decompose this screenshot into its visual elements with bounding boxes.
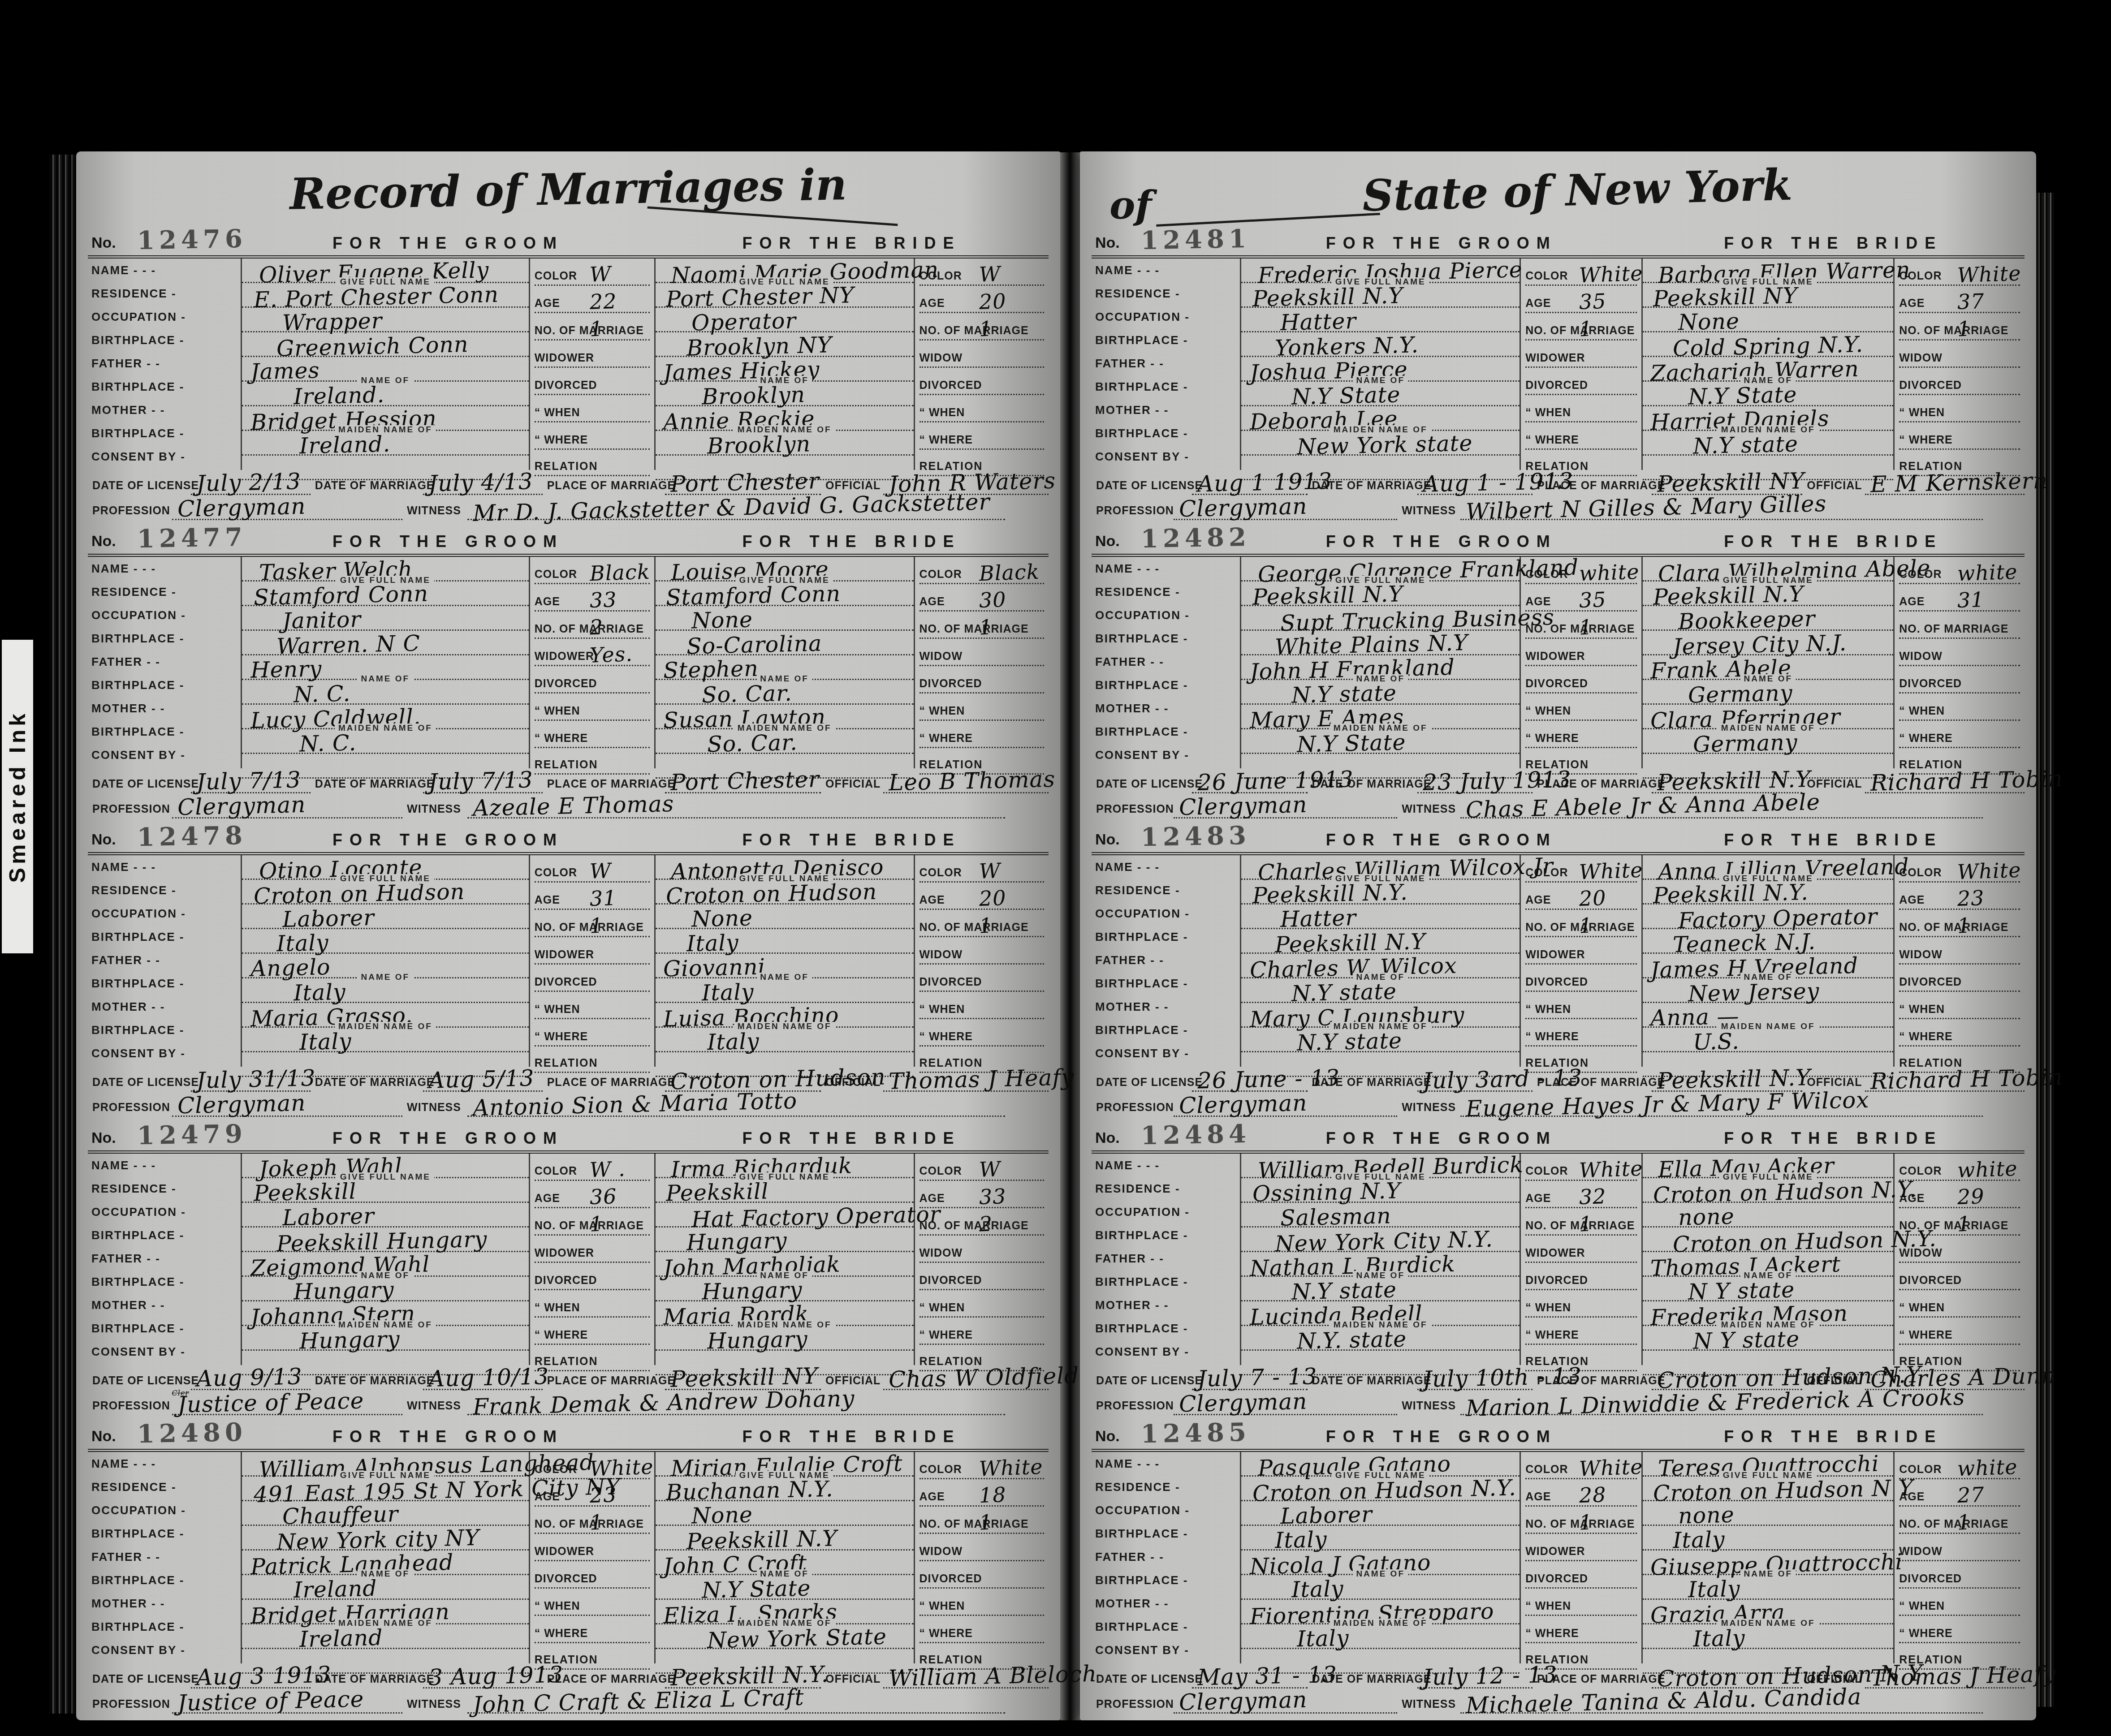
record-no-label: No. [1095, 1428, 1120, 1445]
field-label-birthplace: BIRTHPLACE - [1092, 925, 1240, 948]
groom-written-fields: Frederic Joshua PierceGIVE FULL NAMEPeek… [1240, 258, 1521, 470]
footer-dates-row: DATE OF LICENSE26 June - 13DATE OF MARRI… [1092, 1067, 2025, 1092]
groom-age-label: AGE [535, 894, 560, 907]
footer-profession-row: PROFESSIONClergymanWITNESSEugene Hayes J… [1092, 1092, 2025, 1117]
groom-when-stat-row: “ WHEN [535, 992, 650, 1019]
groom-color-stat-value: W [589, 262, 612, 287]
groom-divorced-stat-row: DIVORCED [1525, 666, 1637, 694]
field-label-residence: RESIDENCE - [1092, 1475, 1240, 1499]
bride-give_full_name-caption: GIVE FULL NAME [736, 1471, 833, 1481]
groom-widowed-label: WIDOWER [535, 352, 594, 365]
groom-father-row: JamesNAME OF [242, 357, 529, 382]
marriage-record: No.12481FOR THE GROOMFOR THE BRIDENAME -… [1092, 227, 2025, 522]
groom-stats-column: COLORWAGE31NO. OF MARRIAGE1WIDOWERDIVORC… [530, 855, 654, 1067]
bride-no_of_marriage-stat-row: NO. OF MARRIAGE1 [1899, 313, 2020, 340]
bride-name_of-caption: NAME OF [756, 1569, 812, 1579]
bride-divorced-stat-row: DIVORCED [920, 965, 1044, 992]
bride-age-stat-row: AGE18 [920, 1479, 1044, 1507]
groom-occupation-row: Supt Trucking Business [1241, 606, 1520, 631]
profession-value-text: Clergyman [177, 493, 306, 522]
register-title-left: Record of Marriages in [289, 159, 847, 220]
groom-father_birthplace-value: Ireland. [294, 382, 385, 410]
date-of-marriage-value: July 12 - 13 [1417, 1662, 1533, 1689]
bride-age-stat-row: AGE37 [1899, 286, 2020, 313]
record-number-stamp: 12480 [137, 1417, 247, 1449]
groom-age-label: AGE [535, 297, 560, 310]
field-label-mother_birthplace: BIRTHPLACE - [88, 1615, 241, 1638]
date-of-marriage-value: July 4/13 [423, 469, 542, 495]
date-of-marriage-value-text: 23 July 1913 [1422, 766, 1571, 795]
bride-when-stat-row: “ WHEN [1899, 395, 2020, 422]
footer-dates-row: DATE OF LICENSEJuly 31/13DATE OF MARRIAG… [88, 1067, 1049, 1092]
groom-name_of-caption: NAME OF [358, 376, 414, 386]
for-the-groom-heading: FOR THE GROOM [1241, 831, 1642, 849]
groom-maiden_name_of-caption: MAIDEN NAME OF [335, 724, 436, 733]
marriage-record: No.12480FOR THE GROOMFOR THE BRIDENAME -… [88, 1420, 1049, 1716]
official-value: Leo B Thomas [883, 767, 1049, 793]
field-label-birthplace: BIRTHPLACE - [88, 925, 241, 948]
bride-name_of-caption: NAME OF [756, 973, 812, 982]
bride-written-fields: Mirian Eulalie CroftGIVE FULL NAMEBuchan… [654, 1452, 915, 1663]
date-of-marriage-value-text: July 3ard - 13 [1422, 1064, 1582, 1094]
date-of-marriage-value-text: Aug 10/13 [428, 1363, 550, 1392]
bride-widowed-label: WIDOW [920, 1247, 963, 1260]
date-of-marriage-value-text: July 12 - 13 [1422, 1662, 1558, 1691]
groom-age-stat-row: AGE31 [535, 883, 650, 910]
marriage-record: No.12476FOR THE GROOMFOR THE BRIDENAME -… [88, 227, 1049, 522]
bride-name_of-caption: NAME OF [1740, 973, 1796, 982]
bride-father-row: Zachariah WarrenNAME OF [1643, 357, 1893, 382]
groom-age-stat-value: 22 [589, 289, 617, 314]
witness-value: Frank Demak & Andrew Dohany [467, 1389, 1006, 1415]
field-label-name: NAME - - - [88, 1154, 241, 1177]
profession-label: PROFESSION [1092, 1698, 1174, 1714]
bride-written-fields: Barbara Ellen WarrenGIVE FULL NAMEPeeksk… [1641, 258, 1895, 470]
groom-mother-row: Lucy Caldwell.MAIDEN NAME OF [242, 705, 529, 729]
field-label-consent_by: CONSENT BY - [88, 445, 241, 468]
bride-divorced-stat-row: DIVORCED [920, 666, 1044, 694]
bride-occupation-row: Hat Factory Operator [656, 1203, 914, 1228]
marriage-record: No.12479FOR THE GROOMFOR THE BRIDENAME -… [88, 1122, 1049, 1417]
groom-where-stat-row: “ WHERE [1525, 1616, 1637, 1643]
bride-no_of_marriage-stat-value: 1 [979, 913, 993, 938]
groom-name-row: Tasker WelchGIVE FULL NAME [242, 557, 529, 582]
groom-divorced-stat-row: DIVORCED [535, 666, 650, 694]
groom-stats-column: COLORWAGE22NO. OF MARRIAGE1WIDOWERDIVORC… [530, 258, 654, 470]
groom-when-stat-row: “ WHEN [535, 1589, 650, 1616]
bride-occupation-value: Factory Operator [1678, 904, 1878, 934]
place-of-marriage-value: Port Chester [665, 469, 821, 495]
groom-name-row: Jokeph WahlGIVE FULL NAME [242, 1154, 529, 1178]
record-no-label: No. [91, 1129, 116, 1147]
groom-age-stat-row: AGE28 [1525, 1479, 1637, 1507]
bride-mother_birthplace-value: Italy [1692, 1625, 1745, 1652]
bride-color-stat-value: W [979, 1157, 1001, 1182]
bride-widowed-stat-row: WIDOW [1899, 937, 2020, 965]
groom-when-label: “ WHEN [535, 1003, 580, 1016]
record-footer: DATE OF LICENSEJuly 31/13DATE OF MARRIAG… [88, 1067, 1049, 1120]
date-of-license-value: Aug 9/13 [191, 1364, 310, 1390]
field-label-name: NAME - - - [88, 1452, 241, 1475]
bride-give_full_name-caption: GIVE FULL NAME [1719, 277, 1817, 287]
bride-birthplace-value: So-Carolina [686, 631, 822, 659]
date-of-license-label: DATE OF LICENSE [1092, 1374, 1192, 1390]
groom-written-fields: Tasker WelchGIVE FULL NAMEStamford ConnJ… [241, 557, 530, 768]
bride-birthplace-row: Croton on Hudson N.Y. [1643, 1228, 1893, 1252]
groom-no_of_marriage-stat-value: 1 [589, 316, 604, 341]
groom-where-stat-row: “ WHERE [535, 1616, 650, 1643]
groom-color-stat-row: COLORWhite [1525, 258, 1637, 286]
bride-color-stat-row: COLORWhite [920, 1452, 1044, 1479]
groom-where-stat-row: “ WHERE [1525, 422, 1637, 450]
date-of-license-value: July 2/13 [191, 469, 310, 495]
groom-widowed-stat-value: Yes. [589, 642, 633, 667]
bride-no_of_marriage-label: NO. OF MARRIAGE [1899, 623, 2008, 636]
groom-father-row: John H FranklandNAME OF [1241, 655, 1520, 680]
place-of-marriage-label: PLACE OF MARRIAGE [543, 1076, 665, 1092]
field-label-father_birthplace: BIRTHPLACE - [88, 1568, 241, 1592]
groom-name_of-caption: NAME OF [1352, 1569, 1408, 1579]
bride-father_birthplace-value: Hungary [702, 1277, 803, 1305]
field-label-father_birthplace: BIRTHPLACE - [88, 375, 241, 398]
groom-widowed-label: WIDOWER [1525, 650, 1585, 663]
bride-divorced-label: DIVORCED [1899, 1274, 1962, 1287]
record-body: NAME - - -RESIDENCE -OCCUPATION -BIRTHPL… [88, 1154, 1049, 1365]
record-no-label: No. [1095, 1129, 1120, 1147]
bride-no_of_marriage-stat-value: 1 [1957, 1510, 1971, 1534]
bride-father_birthplace-value: So. Car. [702, 681, 793, 708]
groom-color-stat-row: COLORW [535, 258, 650, 286]
groom-mother-row: Johanna SternMAIDEN NAME OF [242, 1301, 529, 1326]
field-label-consent_by: CONSENT BY - [88, 1340, 241, 1363]
bride-occupation-row: None [1643, 308, 1893, 332]
groom-occupation-row: Laborer [242, 905, 529, 929]
bride-occupation-row: Operator [656, 308, 914, 332]
groom-age-stat-row: AGE20 [1525, 883, 1637, 910]
groom-mother-row: Mary C LounsburyMAIDEN NAME OF [1241, 1003, 1520, 1028]
bride-color-label: COLOR [920, 1463, 962, 1476]
field-label-birthplace: BIRTHPLACE - [1092, 328, 1240, 352]
witness-value-text: Frank Demak & Andrew Dohany [472, 1385, 855, 1420]
record-footer: DATE OF LICENSEAug 1 1913DATE OF MARRIAG… [1092, 470, 2025, 523]
groom-occupation-value: Hatter [1280, 905, 1357, 932]
bride-name-row: Barbara Ellen WarrenGIVE FULL NAME [1643, 258, 1893, 283]
date-of-license-value: Aug 1 1913 [1192, 469, 1307, 495]
footer-dates-row: DATE OF LICENSEAug 3 1913DATE OF MARRIAG… [88, 1663, 1049, 1689]
groom-no_of_marriage-stat-value: 1 [589, 1211, 604, 1236]
groom-stats-column: COLORWhiteAGE28NO. OF MARRIAGE1WIDOWERDI… [1521, 1452, 1641, 1663]
groom-name_of-caption: NAME OF [1352, 674, 1408, 684]
groom-age-stat-value: 36 [589, 1184, 617, 1209]
record-header: No.12479FOR THE GROOMFOR THE BRIDE [88, 1122, 1049, 1154]
bride-when-label: “ WHEN [1899, 705, 1945, 718]
groom-give_full_name-caption: GIVE FULL NAME [337, 1471, 434, 1481]
bride-widowed-label: WIDOW [920, 948, 963, 961]
marriage-record: No.12482FOR THE GROOMFOR THE BRIDENAME -… [1092, 525, 2025, 821]
groom-no_of_marriage-stat-value: 1 [589, 1510, 604, 1534]
groom-father_birthplace-value: Hungary [294, 1277, 395, 1305]
profession-label: PROFESSION [88, 1698, 172, 1714]
bride-birthplace-row: Italy [1643, 1526, 1893, 1551]
groom-age-label: AGE [1525, 297, 1551, 310]
groom-mother-row: Mary E AmesMAIDEN NAME OF [1241, 705, 1520, 729]
bride-where-label: “ WHERE [920, 732, 973, 745]
groom-divorced-label: DIVORCED [1525, 1274, 1588, 1287]
bride-father-row: Giuseppe QuattrocchiNAME OF [1643, 1551, 1893, 1575]
field-label-residence: RESIDENCE - [1092, 282, 1240, 305]
footer-dates-row: DATE OF LICENSEJuly 7/13DATE OF MARRIAGE… [88, 768, 1049, 793]
bride-name-row: Ella May AckerGIVE FULL NAME [1643, 1154, 1893, 1178]
profession-value-text: Clergyman [1179, 1090, 1308, 1119]
groom-father-row: Charles W. WilcoxNAME OF [1241, 954, 1520, 978]
field-label-name: NAME - - - [88, 855, 241, 879]
bride-birthplace-row: Teaneck N.J. [1643, 929, 1893, 954]
groom-give_full_name-caption: GIVE FULL NAME [1332, 1471, 1429, 1481]
bride-occupation-value: none [1678, 1204, 1735, 1231]
groom-birthplace-row: Italy [1241, 1526, 1520, 1551]
bride-mother-row: Frederika MasonMAIDEN NAME OF [1643, 1301, 1893, 1326]
date-of-license-value: July 7/13 [191, 767, 310, 793]
date-of-marriage-value: Aug 10/13 [423, 1364, 542, 1390]
groom-name-row: George Clarence FranklandGIVE FULL NAME [1241, 557, 1520, 582]
groom-when-label: “ WHEN [1525, 1003, 1571, 1016]
witness-value: Wilbert N Gilles & Mary Gilles [1460, 494, 1983, 520]
groom-no_of_marriage-stat-value: 1 [1579, 1510, 1593, 1534]
field-label-residence: RESIDENCE - [1092, 879, 1240, 902]
for-the-bride-heading: FOR THE BRIDE [1642, 1129, 2025, 1148]
bride-age-label: AGE [920, 297, 945, 310]
profession-value: Clergyman [1174, 792, 1398, 818]
field-label-mother_birthplace: BIRTHPLACE - [1092, 1615, 1240, 1638]
bride-where-stat-row: “ WHERE [1899, 721, 2020, 748]
field-label-occupation: OCCUPATION - [1092, 305, 1240, 328]
bride-occupation-row: none [1643, 1203, 1893, 1228]
bride-where-label: “ WHERE [1899, 1329, 1953, 1342]
groom-mother-row: Bridget HarriganMAIDEN NAME OF [242, 1600, 529, 1624]
bride-stats-column: COLORWhiteAGE37NO. OF MARRIAGE1WIDOWDIVO… [1895, 258, 2025, 470]
groom-when-stat-row: “ WHEN [1525, 694, 1637, 721]
groom-color-label: COLOR [535, 866, 577, 879]
official-label: OFFICIAL [821, 1673, 883, 1689]
bride-father_birthplace-value: Italy [702, 979, 755, 1006]
groom-father-value: James [250, 358, 320, 384]
groom-occupation-row: Chauffeur [242, 1501, 529, 1526]
record-number-stamp: 12478 [137, 821, 247, 852]
field-label-mother_birthplace: BIRTHPLACE - [88, 1317, 241, 1340]
bride-written-fields: Clara Wilhelmina AbeleGIVE FULL NAMEPeek… [1641, 557, 1895, 768]
bride-maiden_name_of-caption: MAIDEN NAME OF [1718, 1022, 1819, 1032]
field-label-occupation: OCCUPATION - [88, 902, 241, 925]
marriage-record: No.12484FOR THE GROOMFOR THE BRIDENAME -… [1092, 1122, 2025, 1417]
groom-divorced-stat-row: DIVORCED [1525, 965, 1637, 992]
footer-profession-row: PROFESSIONClergymanWITNESSAntonio Sion &… [88, 1092, 1049, 1117]
groom-no_of_marriage-stat-row: NO. OF MARRIAGE1 [535, 1208, 650, 1236]
groom-written-fields: William Alphonsus LangheadGIVE FULL NAME… [241, 1452, 530, 1663]
groom-written-fields: Oliver Eugene KellyGIVE FULL NAMEE. Port… [241, 258, 530, 470]
bride-birthplace-row: Hungary [656, 1228, 914, 1252]
bride-stats-column: COLORWAGE20NO. OF MARRIAGE1WIDOWDIVORCED… [915, 855, 1049, 1067]
bride-no_of_marriage-stat-row: NO. OF MARRIAGE [1899, 612, 2020, 639]
bride-age-stat-value: 31 [1957, 587, 1985, 612]
bride-when-stat-row: “ WHEN [1899, 992, 2020, 1019]
register-title-of: of [1109, 183, 1152, 228]
field-label-father: FATHER - - [88, 948, 241, 972]
field-label-father: FATHER - - [1092, 352, 1240, 375]
date-of-marriage-value: 3 Aug 1913 [423, 1662, 542, 1689]
field-label-residence: RESIDENCE - [88, 580, 241, 603]
groom-mother-row: Lucinda BedellMAIDEN NAME OF [1241, 1301, 1520, 1326]
field-label-father_birthplace: BIRTHPLACE - [1092, 1270, 1240, 1293]
date-of-marriage-label: DATE OF MARRIAGE [311, 1374, 423, 1390]
bride-occupation-value: None [691, 1502, 753, 1529]
profession-value: Clergyman [172, 1090, 403, 1117]
bride-widowed-label: WIDOW [1899, 948, 1943, 961]
bride-mother_birthplace-value: N Y state [1692, 1326, 1800, 1354]
groom-mother-row: Deborah LeeMAIDEN NAME OF [1241, 406, 1520, 431]
bride-age-stat-row: AGE29 [1899, 1181, 2020, 1208]
bride-color-stat-row: COLORwhite [1899, 1452, 2020, 1479]
bride-father-value: Giovanni [663, 954, 766, 982]
bride-occupation-value: None [1678, 308, 1740, 335]
groom-color-stat-row: COLORWhite [1525, 1452, 1637, 1479]
date-of-license-value: 26 June - 13 [1192, 1065, 1307, 1092]
place-of-marriage-value: Port Chester [665, 767, 821, 793]
footer-profession-row: PROFESSIONJustice of PeaceWITNESSJohn C … [88, 1689, 1049, 1714]
groom-give_full_name-caption: GIVE FULL NAME [337, 1172, 434, 1182]
date-of-marriage-value-text: July 4/13 [428, 468, 534, 496]
bride-father_birthplace-value: N Y state [1688, 1277, 1795, 1305]
bride-where-label: “ WHERE [920, 1627, 973, 1640]
bride-color-label: COLOR [1899, 1463, 1942, 1476]
field-label-occupation: OCCUPATION - [1092, 1200, 1240, 1223]
groom-divorced-label: DIVORCED [1525, 379, 1588, 392]
witness-label: WITNESS [402, 803, 467, 818]
profession-value-text: Clergyman [177, 1090, 306, 1119]
profession-value-text: Justice of Peace [177, 1686, 364, 1716]
record-body: NAME - - -RESIDENCE -OCCUPATION -BIRTHPL… [88, 1452, 1049, 1663]
date-of-license-label: DATE OF LICENSE [88, 1673, 191, 1689]
field-label-consent_by: CONSENT BY - [1092, 743, 1240, 767]
field-labels-column: NAME - - -RESIDENCE -OCCUPATION -BIRTHPL… [88, 258, 241, 470]
field-label-mother: MOTHER - - [88, 1293, 241, 1317]
date-of-license-label: DATE OF LICENSE [1092, 1076, 1192, 1092]
groom-age-stat-value: 33 [589, 587, 617, 612]
profession-label: PROFESSION [1092, 803, 1174, 818]
groom-where-stat-row: “ WHERE [1525, 1318, 1637, 1345]
profession-value-text: Clergyman [1179, 1687, 1308, 1715]
date-of-license-label: DATE OF LICENSE [88, 778, 191, 793]
groom-divorced-label: DIVORCED [535, 1572, 597, 1585]
bride-occupation-value: none [1678, 1502, 1735, 1529]
field-label-father_birthplace: BIRTHPLACE - [1092, 375, 1240, 398]
groom-where-label: “ WHERE [535, 732, 588, 745]
bride-color-stat-row: COLORW [920, 855, 1044, 883]
groom-give_full_name-caption: GIVE FULL NAME [337, 277, 434, 287]
date-of-license-value: July 7 - 13 [1192, 1364, 1307, 1390]
groom-where-stat-row: “ WHERE [535, 721, 650, 748]
bride-mother_birthplace-value: Brooklyn [707, 431, 811, 459]
field-label-father: FATHER - - [88, 650, 241, 673]
bride-give_full_name-caption: GIVE FULL NAME [736, 576, 833, 586]
groom-father_birthplace-value: N.Y state [1291, 1277, 1397, 1305]
date-of-marriage-value: Aug 5/13 [423, 1065, 542, 1092]
field-label-mother: MOTHER - - [1092, 398, 1240, 422]
date-of-license-value-text: Aug 9/13 [196, 1363, 303, 1391]
groom-when-label: “ WHEN [1525, 406, 1571, 419]
bride-no_of_marriage-label: NO. OF MARRIAGE [1899, 921, 2008, 934]
groom-color-label: COLOR [1525, 270, 1568, 283]
groom-stats-column: COLORW .AGE36NO. OF MARRIAGE1WIDOWERDIVO… [530, 1154, 654, 1365]
date-of-license-label: DATE OF LICENSE [1092, 778, 1192, 793]
groom-mother-row: Bridget HessionMAIDEN NAME OF [242, 406, 529, 431]
bride-divorced-stat-row: DIVORCED [1899, 1561, 2020, 1589]
field-label-father: FATHER - - [1092, 948, 1240, 972]
for-the-bride-heading: FOR THE BRIDE [1642, 1427, 2025, 1446]
field-label-father_birthplace: BIRTHPLACE - [1092, 673, 1240, 697]
witness-label: WITNESS [402, 1400, 467, 1415]
groom-color-label: COLOR [535, 270, 577, 283]
groom-name_of-caption: NAME OF [1352, 973, 1408, 982]
groom-age-label: AGE [1525, 1490, 1551, 1503]
official-value-text: Thomas J Heafy [889, 1064, 1075, 1094]
groom-father_birthplace-value: Italy [1291, 1576, 1344, 1603]
groom-mother_birthplace-value: Ireland [299, 1625, 383, 1652]
official-value-text: Richard H Tobin [1870, 766, 2063, 796]
field-labels-column: NAME - - -RESIDENCE -OCCUPATION -BIRTHPL… [1092, 1154, 1240, 1365]
bride-age-stat-row: AGE20 [920, 286, 1044, 313]
groom-divorced-label: DIVORCED [1525, 1572, 1588, 1585]
record-header: No.12477FOR THE GROOMFOR THE BRIDE [88, 525, 1049, 557]
bride-age-label: AGE [1899, 595, 1925, 608]
record-body: NAME - - -RESIDENCE -OCCUPATION -BIRTHPL… [1092, 258, 2025, 470]
groom-divorced-stat-row: DIVORCED [1525, 368, 1637, 395]
bride-divorced-label: DIVORCED [1899, 379, 1962, 392]
groom-give_full_name-caption: GIVE FULL NAME [1332, 277, 1429, 287]
record-header: No.12476FOR THE GROOMFOR THE BRIDE [88, 227, 1049, 258]
place-of-marriage-value: Croton on Hudson [665, 1065, 821, 1092]
groom-name_of-caption: NAME OF [1352, 376, 1408, 386]
groom-no_of_marriage-label: NO. OF MARRIAGE [535, 1219, 644, 1232]
bride-birthplace-row: Brooklyn NY [656, 332, 914, 357]
for-the-groom-heading: FOR THE GROOM [242, 831, 655, 849]
witness-value-text: Michaele Tanina & Aldu. Candida [1466, 1684, 1862, 1719]
field-label-mother_birthplace: BIRTHPLACE - [88, 422, 241, 445]
footer-profession-row: PROFESSIONClergymanWITNESSChas E Abele J… [1092, 793, 2025, 818]
groom-age-stat-value: 35 [1579, 587, 1606, 612]
field-label-name: NAME - - - [1092, 1154, 1240, 1177]
footer-profession-row: PROFESSIONClergymanWITNESSMr D. J. Gacks… [88, 495, 1049, 520]
groom-where-stat-row: “ WHERE [1525, 1019, 1637, 1047]
date-of-license-value-text: May 31 - 13 [1197, 1661, 1338, 1690]
bride-when-stat-row: “ WHEN [920, 694, 1044, 721]
bride-where-stat-row: “ WHERE [920, 422, 1044, 450]
witness-label: WITNESS [1397, 504, 1460, 520]
field-label-residence: RESIDENCE - [88, 879, 241, 902]
record-body: NAME - - -RESIDENCE -OCCUPATION -BIRTHPL… [1092, 1154, 2025, 1365]
record-no-label: No. [91, 831, 116, 849]
groom-age-label: AGE [535, 1192, 560, 1205]
bride-when-stat-row: “ WHEN [1899, 694, 2020, 721]
bride-mother-row: Luisa BocchinoMAIDEN NAME OF [656, 1003, 914, 1028]
bride-when-label: “ WHEN [920, 1600, 965, 1613]
field-label-mother_birthplace: BIRTHPLACE - [1092, 1018, 1240, 1042]
bride-color-label: COLOR [1899, 1165, 1942, 1178]
bride-no_of_marriage-stat-value: 1 [1957, 316, 1971, 341]
date-of-marriage-value: Aug 1 - 1913 [1417, 469, 1533, 495]
bride-father-row: John C CroftNAME OF [656, 1551, 914, 1575]
groom-name-row: Oliver Eugene KellyGIVE FULL NAME [242, 258, 529, 283]
groom-no_of_marriage-stat-row: NO. OF MARRIAGE2 [535, 612, 650, 639]
